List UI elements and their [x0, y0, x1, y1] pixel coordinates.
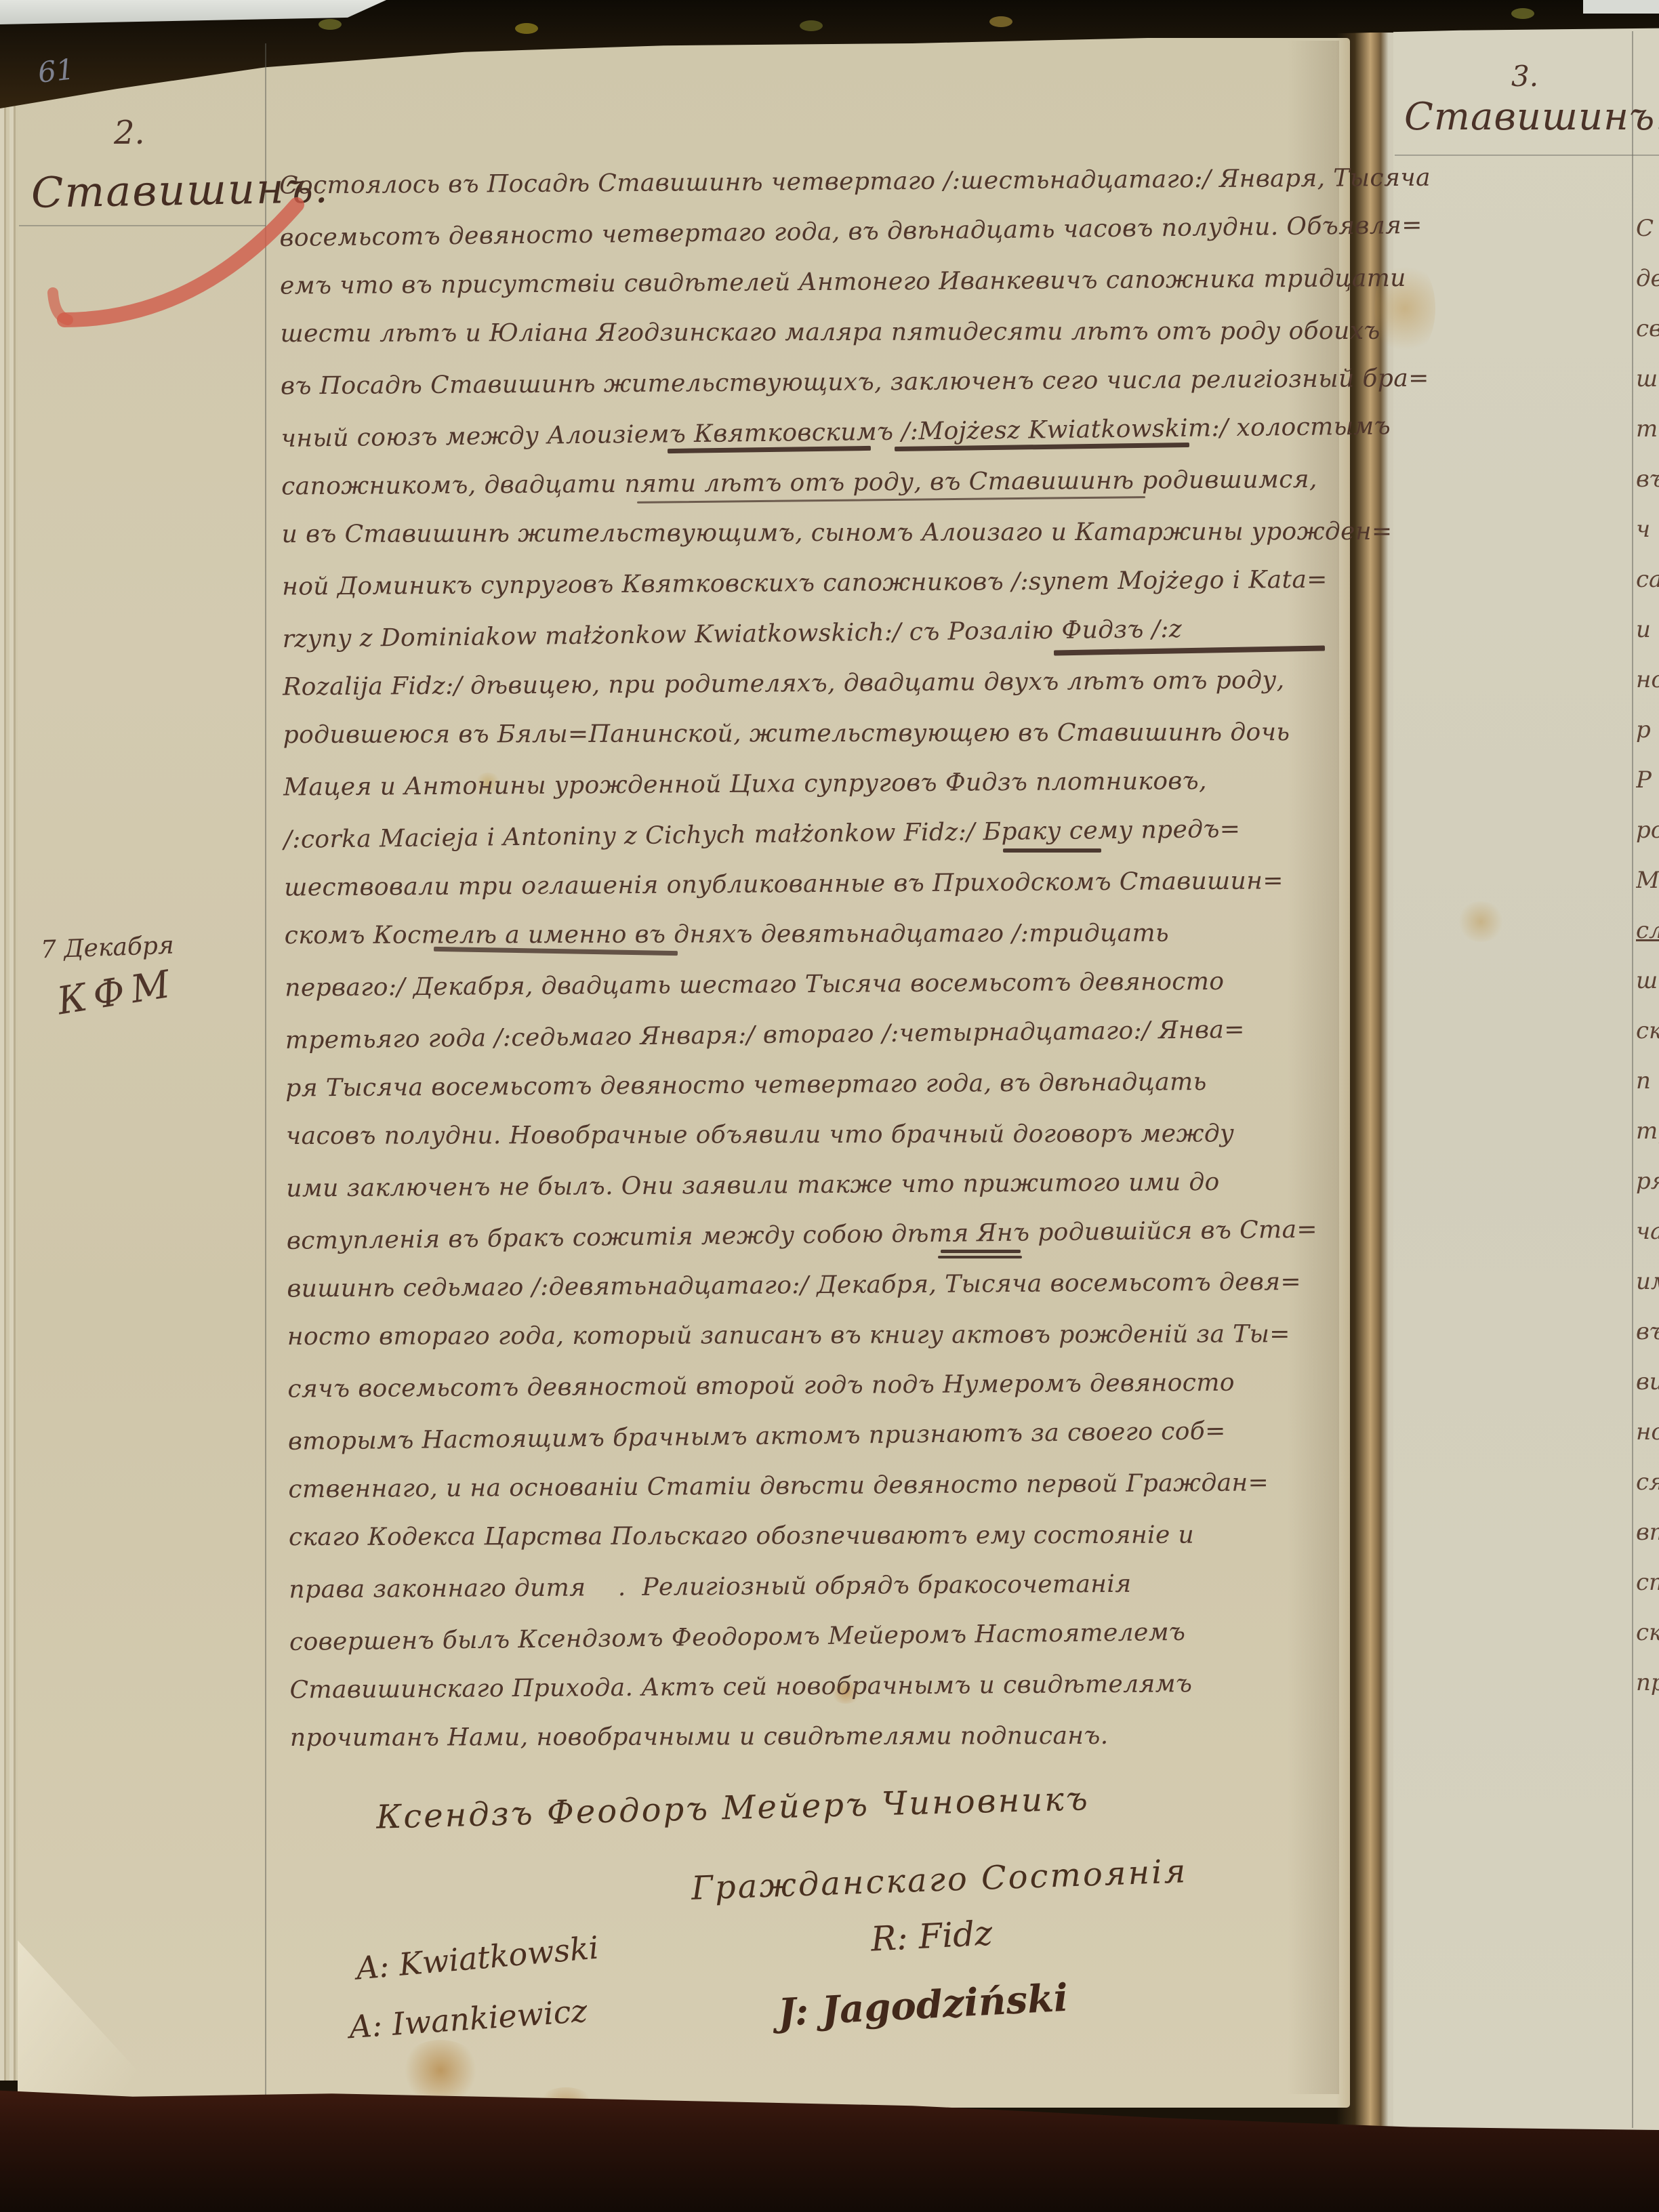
next-page-line-fragment: въ [1636, 454, 1659, 504]
next-page-line-fragment: ро [1636, 805, 1659, 855]
record-line: шествовали три оглашенія опубликованные … [284, 856, 1351, 914]
next-entry-number: 3. [1511, 60, 1538, 93]
record-line: емъ что въ присутствіи свидѣтелей Антоне… [280, 254, 1347, 312]
ink-underline-child-name [941, 1250, 1021, 1253]
record-line: носто втораго года, который записанъ въ … [287, 1309, 1355, 1362]
record-line: ственнаго, и на основаніи Статіи двѣсти … [288, 1457, 1355, 1515]
next-page-line-fragment: п [1636, 1056, 1659, 1106]
ink-underline-bride-surname-latin [1003, 848, 1101, 853]
next-page-line-fragment: ча [1636, 1206, 1659, 1256]
next-page-line-fragment: ти [1636, 404, 1659, 454]
paper-stain [400, 2040, 481, 2101]
next-page-line-fragment: са [1636, 554, 1659, 605]
record-line: Rozalija Fidz:/ дѣвицею, при родителяхъ,… [283, 655, 1350, 713]
paper-stain [1457, 901, 1504, 942]
record-line: прочитанъ Нами, новобрачными и свидѣтеля… [290, 1711, 1357, 1763]
next-page-line-fragment: и [1636, 605, 1659, 655]
record-line: родившеюся въ Бялы=Панинской, жительству… [283, 708, 1351, 760]
record-line: чный союзъ между Алоизіемъ Квятковскимъ … [281, 402, 1349, 464]
next-page-line-fragment: ш [1636, 354, 1659, 404]
next-page-line-fragment: М [1636, 855, 1659, 905]
record-line: часовъ полудни. Новобрачные объявили что… [286, 1109, 1353, 1162]
next-page-line-fragment: ш [1636, 956, 1659, 1006]
heading-rule-right-page [1395, 155, 1659, 156]
record-line: Ставишинскаго Прихода. Актъ сей новобрач… [289, 1658, 1357, 1715]
next-margin-place-name: Ставишинъ. [1404, 95, 1659, 139]
next-page-line-fragment: но [1636, 655, 1659, 705]
ink-underline-child-name-2 [938, 1256, 1022, 1258]
next-page-line-fragment: р [1636, 705, 1659, 755]
right-page-paper [1393, 27, 1659, 2133]
margin-note-date: 7 Декабря [40, 932, 174, 964]
next-page-line-fragment: де [1636, 253, 1659, 304]
next-page-line-fragment: вт [1636, 1507, 1659, 1557]
moss-fleck [1511, 8, 1534, 19]
moss-fleck [515, 23, 538, 34]
next-page-line-fragment: тр [1636, 1106, 1659, 1156]
moss-fleck [989, 16, 1012, 27]
next-page-line-fragment: ст [1636, 1557, 1659, 1607]
next-page-line-fragment: ч [1636, 504, 1659, 554]
next-page-line-fragment: ря [1636, 1156, 1659, 1206]
record-line: третьяго года /:седьмаго Января:/ втораг… [285, 1004, 1353, 1066]
next-page-line-fragment: въ [1636, 1307, 1659, 1357]
record-line: шести лѣтъ и Юліана Ягодзинскаго маляра … [280, 306, 1347, 359]
record-line: вторымъ Настоящимъ брачнымъ актомъ призн… [288, 1405, 1356, 1467]
record-line: сячъ восемьсотъ девяностой второй годъ п… [287, 1357, 1355, 1414]
record-line: сапожникомъ, двадцати пяти лѣтъ отъ роду… [281, 455, 1349, 512]
moss-fleck [800, 20, 823, 31]
next-page-line-fragment: им [1636, 1256, 1659, 1307]
record-line: скаго Кодекса Царства Польскаго обозпечи… [289, 1510, 1356, 1563]
next-page-line-fragment: св [1636, 304, 1659, 354]
signature-bride: R: Fidz [870, 1913, 994, 1959]
scanned-register-photo: 61 2. Ставишинъ. 7 Декабря КФМ Состоялос… [0, 0, 1659, 2212]
record-line: и въ Ставишинѣ жительствующимъ, сыномъ А… [282, 507, 1349, 560]
next-page-line-fragment: но [1636, 1407, 1659, 1457]
next-page-line-fragment: сл [1636, 905, 1659, 956]
next-page-line-fragment: ся [1636, 1457, 1659, 1507]
next-page-text-fragments: СдесвштивъчсаинорРроМслшскптррячаимвъвин… [1636, 203, 1659, 1708]
scan-bed-corner [1583, 0, 1659, 14]
next-page-line-fragment: ви [1636, 1357, 1659, 1407]
next-page-line-fragment: С [1636, 203, 1659, 253]
next-page-line-fragment: Р [1636, 755, 1659, 805]
margin-rule-right-page [1632, 31, 1633, 2128]
record-lines: Состоялось въ Посадѣ Ставишинѣ четвертаг… [279, 154, 1357, 1766]
next-page-line-fragment: ск [1636, 1607, 1659, 1658]
next-page-line-fragment: пр [1636, 1658, 1659, 1708]
record-line: вишинѣ седьмаго /:девятьнадцатаго:/ Дека… [287, 1256, 1354, 1314]
next-page-line-fragment: ск [1636, 1006, 1659, 1056]
record-line: скомъ Костелѣ а именно въ дняхъ девятьна… [285, 908, 1352, 961]
record-line: ря Тысяча восемьсотъ девяносто четвертаг… [285, 1056, 1353, 1113]
